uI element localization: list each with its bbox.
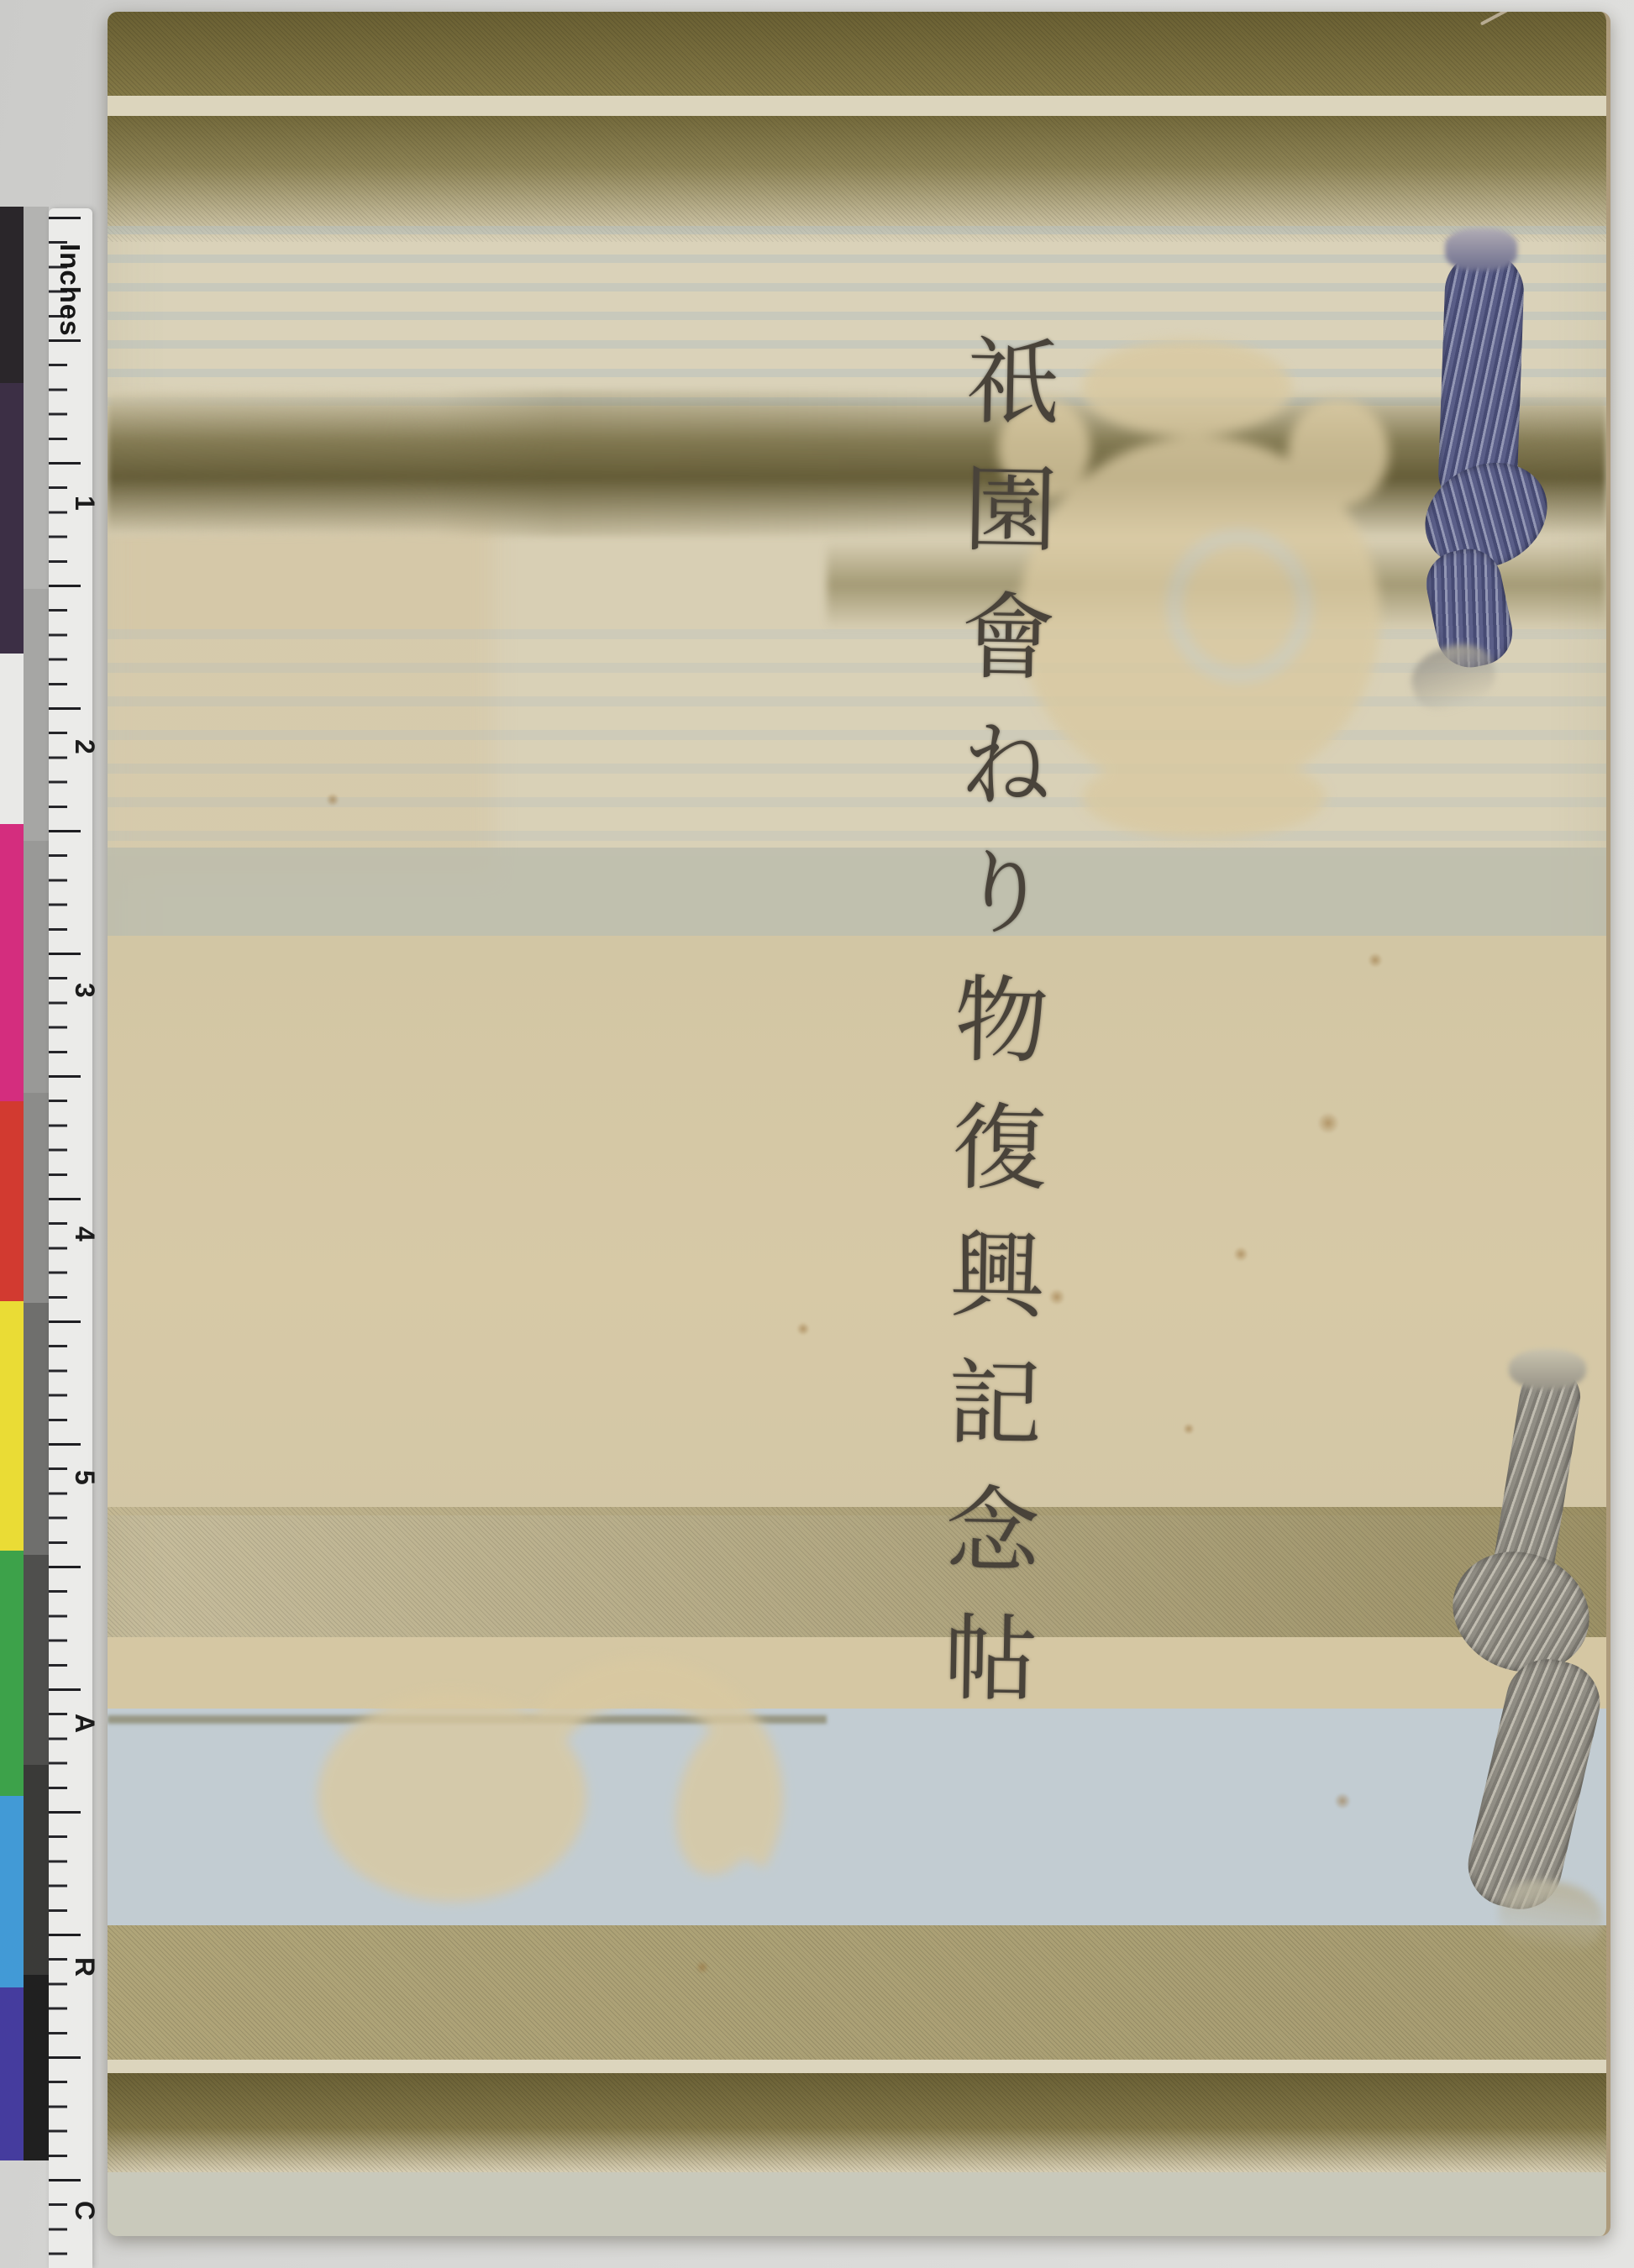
crest-petal — [1082, 755, 1326, 839]
foxing-spot — [1317, 1112, 1339, 1134]
bottom-cord-frayed-end — [1509, 1349, 1586, 1389]
cover-title-calligraphy: 祇園會ねり物復興記念帖 — [817, 329, 1053, 1786]
ruler-mark-A: A — [69, 1714, 100, 1733]
color-patch-yellow — [0, 1301, 24, 1551]
color-patch-black — [0, 207, 24, 383]
foxing-spot — [1233, 1247, 1248, 1262]
ruler-unit-label: Inches — [54, 244, 86, 337]
tomoe-crest-emblem — [276, 1658, 746, 1910]
foxing-spot — [796, 1322, 810, 1336]
foxing-spot — [1183, 1423, 1195, 1435]
gray-step — [24, 841, 49, 1093]
gray-step — [24, 589, 49, 841]
inch-ruler: Inches 1 2 3 4 5 A R C — [49, 208, 92, 2268]
foxing-spot — [696, 1961, 709, 1974]
cover-band-olive-bottom — [108, 2073, 1606, 2172]
cover-band-weave — [108, 1925, 1606, 2060]
foxing-spot — [1048, 1289, 1065, 1305]
ruler-mark-4: 4 — [69, 1226, 100, 1242]
gray-step — [24, 1765, 49, 1975]
cover-band-cream-line — [108, 96, 1606, 116]
ruler-mark-2: 2 — [69, 739, 100, 754]
ruler-mark-3: 3 — [69, 983, 100, 998]
gray-step — [24, 207, 49, 589]
crest-petal — [1082, 339, 1292, 436]
gray-step — [24, 1555, 49, 1765]
ruler-mark-5: 5 — [69, 1470, 100, 1485]
foxing-spot — [326, 793, 339, 806]
color-patch-white — [0, 654, 24, 824]
color-patch-dark-violet — [0, 383, 24, 654]
gray-step — [24, 1093, 49, 1303]
gray-step — [24, 1975, 49, 2160]
book-cover: 祇園會ねり物復興記念帖 — [108, 12, 1610, 2236]
foxing-spot — [1334, 1793, 1351, 1809]
color-patch-magenta — [0, 824, 24, 1101]
foxing-spot — [1368, 953, 1383, 968]
cover-band-olive-fade — [108, 116, 1606, 242]
photo-stage: Inches 1 2 3 4 5 A R C — [0, 0, 1634, 2268]
color-patch-cyan — [0, 1796, 24, 1987]
color-patch-blue-violet — [0, 1987, 24, 2160]
crest-ring — [1166, 528, 1313, 684]
ruler-mark-C: C — [69, 2201, 100, 2220]
grayscale-wedge — [24, 207, 49, 2160]
ruler-mark-1: 1 — [69, 496, 100, 511]
ruler-mark-R: R — [69, 1957, 100, 1977]
color-patch-red — [0, 1101, 24, 1301]
cover-band-olive-top — [108, 12, 1606, 96]
gray-step — [24, 1303, 49, 1555]
cover-band-light-bottom — [108, 2172, 1606, 2236]
cover-band-cream-line — [108, 2060, 1606, 2073]
color-patch-green — [0, 1551, 24, 1796]
top-cord-frayed-end — [1445, 228, 1517, 270]
color-calibration-bar — [0, 207, 24, 2160]
